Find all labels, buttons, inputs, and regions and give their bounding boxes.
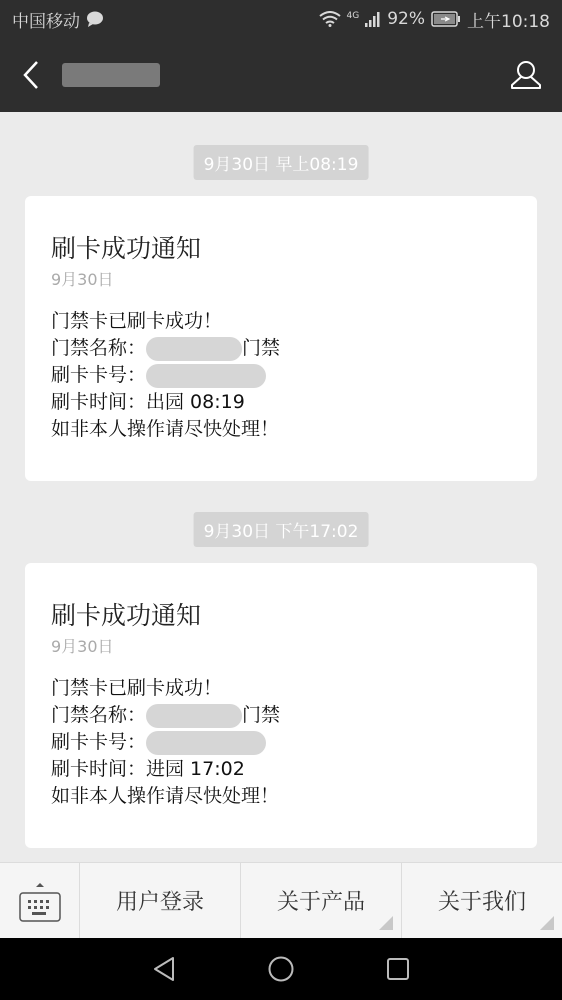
card-line-warning: 如非本人操作请尽快处理！ <box>51 416 511 443</box>
keyboard-icon <box>18 879 62 923</box>
back-triangle-icon[interactable] <box>151 955 177 983</box>
card-line-card-number: 刷卡卡号： <box>51 729 511 756</box>
redacted-door-name <box>146 704 242 728</box>
menu-tab-label: 关于产品 <box>277 885 365 916</box>
card-date: 9月30日 <box>51 633 511 661</box>
redacted-door-name <box>146 337 242 361</box>
card-number-label: 刷卡卡号： <box>51 729 146 756</box>
submenu-indicator-icon <box>540 916 554 930</box>
battery-percent: 92% <box>387 9 425 29</box>
chevron-left-icon <box>22 60 40 90</box>
signal-icon <box>365 11 381 27</box>
menu-tab-label: 用户登录 <box>116 885 204 916</box>
system-nav-bar <box>0 938 562 1000</box>
notification-card[interactable]: 刷卡成功通知 9月30日 门禁卡已刷卡成功！ 门禁名称： 门禁 刷卡卡号： 刷卡… <box>25 196 537 481</box>
message-timestamp: 9月30日 早上08:19 <box>194 145 369 180</box>
card-line-status: 门禁卡已刷卡成功！ <box>51 308 511 335</box>
menu-tab-user-login[interactable]: 用户登录 <box>80 863 241 938</box>
door-name-suffix: 门禁 <box>242 702 280 729</box>
status-bar: 中国移动 4G 92% 上午10:18 <box>0 0 562 38</box>
redacted-card-number <box>146 364 266 388</box>
menu-tab-label: 关于我们 <box>438 885 526 916</box>
door-name-label: 门禁名称： <box>51 335 146 362</box>
battery-charging-icon <box>431 11 461 27</box>
card-line-status: 门禁卡已刷卡成功！ <box>51 675 511 702</box>
bottom-menu-bar: 用户登录 关于产品 关于我们 <box>0 862 562 938</box>
recents-square-icon[interactable] <box>385 956 411 982</box>
person-icon <box>510 60 542 90</box>
network-type: 4G <box>347 11 360 21</box>
message-timestamp: 9月30日 下午17:02 <box>194 512 369 547</box>
card-line-warning: 如非本人操作请尽快处理！ <box>51 783 511 810</box>
card-title: 刷卡成功通知 <box>51 599 511 633</box>
wifi-icon <box>319 11 341 27</box>
nav-bar: 大学园区 <box>0 38 562 112</box>
keyboard-toggle-button[interactable] <box>0 863 80 939</box>
redacted-card-number <box>146 731 266 755</box>
door-name-label: 门禁名称： <box>51 702 146 729</box>
message-list[interactable]: 9月30日 早上08:19 刷卡成功通知 9月30日 门禁卡已刷卡成功！ 门禁名… <box>0 112 562 862</box>
card-line-card-number: 刷卡卡号： <box>51 362 511 389</box>
carrier-label: 中国移动 <box>12 7 80 32</box>
submenu-indicator-icon <box>379 916 393 930</box>
menu-tab-about-product[interactable]: 关于产品 <box>241 863 402 938</box>
card-date: 9月30日 <box>51 266 511 294</box>
notification-card[interactable]: 刷卡成功通知 9月30日 门禁卡已刷卡成功！ 门禁名称： 门禁 刷卡卡号： 刷卡… <box>25 563 537 848</box>
home-circle-icon[interactable] <box>267 955 295 983</box>
back-button[interactable] <box>0 38 62 112</box>
page-title: 大学园区 <box>62 63 160 87</box>
card-number-label: 刷卡卡号： <box>51 362 146 389</box>
card-line-swipe-time: 刷卡时间：进园 17:02 <box>51 756 511 783</box>
profile-button[interactable] <box>490 38 562 112</box>
card-line-swipe-time: 刷卡时间：出园 08:19 <box>51 389 511 416</box>
card-title: 刷卡成功通知 <box>51 232 511 266</box>
menu-tab-about-us[interactable]: 关于我们 <box>402 863 562 938</box>
door-name-suffix: 门禁 <box>242 335 280 362</box>
message-bubble-icon <box>86 11 104 27</box>
card-line-door-name: 门禁名称： 门禁 <box>51 335 511 362</box>
clock: 上午10:18 <box>467 7 550 32</box>
card-line-door-name: 门禁名称： 门禁 <box>51 702 511 729</box>
